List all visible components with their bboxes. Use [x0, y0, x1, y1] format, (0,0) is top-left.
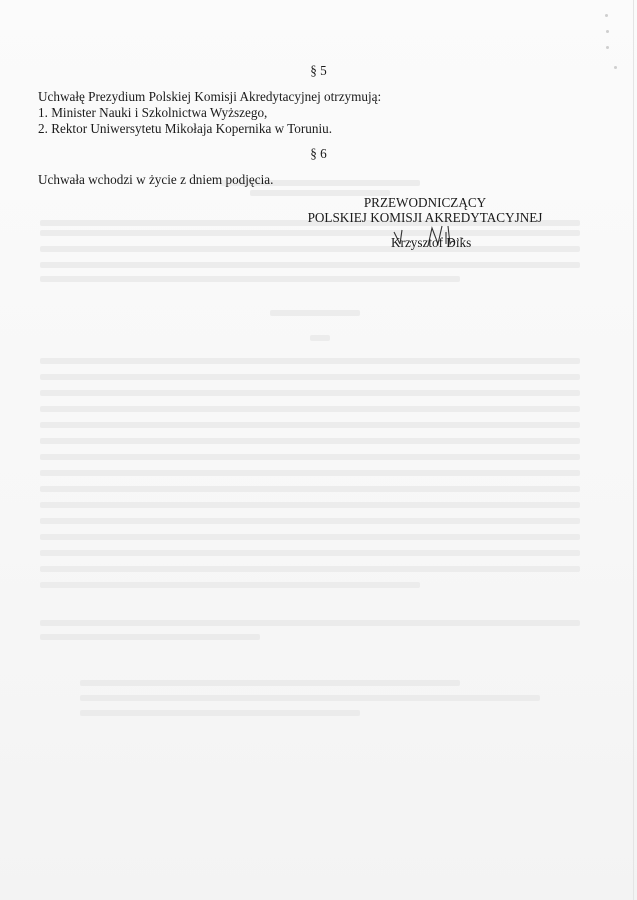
section-6-heading: § 6 — [0, 146, 637, 162]
show-through-line — [40, 374, 580, 380]
show-through-line — [40, 276, 460, 282]
show-through-line — [40, 390, 580, 396]
show-through-line — [270, 310, 360, 316]
show-through-line — [40, 438, 580, 444]
show-through-line — [40, 634, 260, 640]
show-through-line — [40, 246, 580, 252]
show-through-line — [40, 534, 580, 540]
show-through-line — [40, 406, 580, 412]
recipient-item: 1. Minister Nauki i Szkolnictwa Wyższego… — [38, 105, 332, 121]
signatory-name: Krzysztof Diks — [391, 235, 471, 251]
recipient-item: 2. Rektor Uniwersytetu Mikołaja Kopernik… — [38, 121, 332, 137]
show-through-line — [40, 620, 580, 626]
show-through-line — [40, 470, 580, 476]
show-through-line — [40, 550, 580, 556]
show-through-line — [40, 454, 580, 460]
show-through-line — [40, 566, 580, 572]
show-through-line — [40, 582, 420, 588]
signature-block: PRZEWODNICZĄCY POLSKIEJ KOMISJI AKREDYTA… — [300, 195, 550, 225]
effective-date-clause: Uchwała wchodzi w życie z dniem podjęcia… — [38, 172, 273, 188]
show-through-line — [80, 710, 360, 716]
recipients-list: 1. Minister Nauki i Szkolnictwa Wyższego… — [38, 105, 332, 137]
show-through-line — [40, 358, 580, 364]
show-through-line — [40, 518, 580, 524]
paper-specks — [599, 8, 619, 68]
scanned-page: § 5 Uchwałę Prezydium Polskiej Komisji A… — [0, 0, 637, 900]
show-through-line — [40, 230, 580, 236]
signatory-title-line-1: PRZEWODNICZĄCY — [300, 195, 550, 210]
show-through-line — [40, 486, 580, 492]
show-through-line — [40, 422, 580, 428]
show-through-line — [80, 680, 460, 686]
show-through-line — [40, 502, 580, 508]
show-through-line — [310, 335, 330, 341]
section-5-heading: § 5 — [0, 63, 637, 79]
show-through-line — [40, 262, 580, 268]
recipients-intro: Uchwałę Prezydium Polskiej Komisji Akred… — [38, 89, 381, 105]
show-through-line — [80, 695, 540, 701]
